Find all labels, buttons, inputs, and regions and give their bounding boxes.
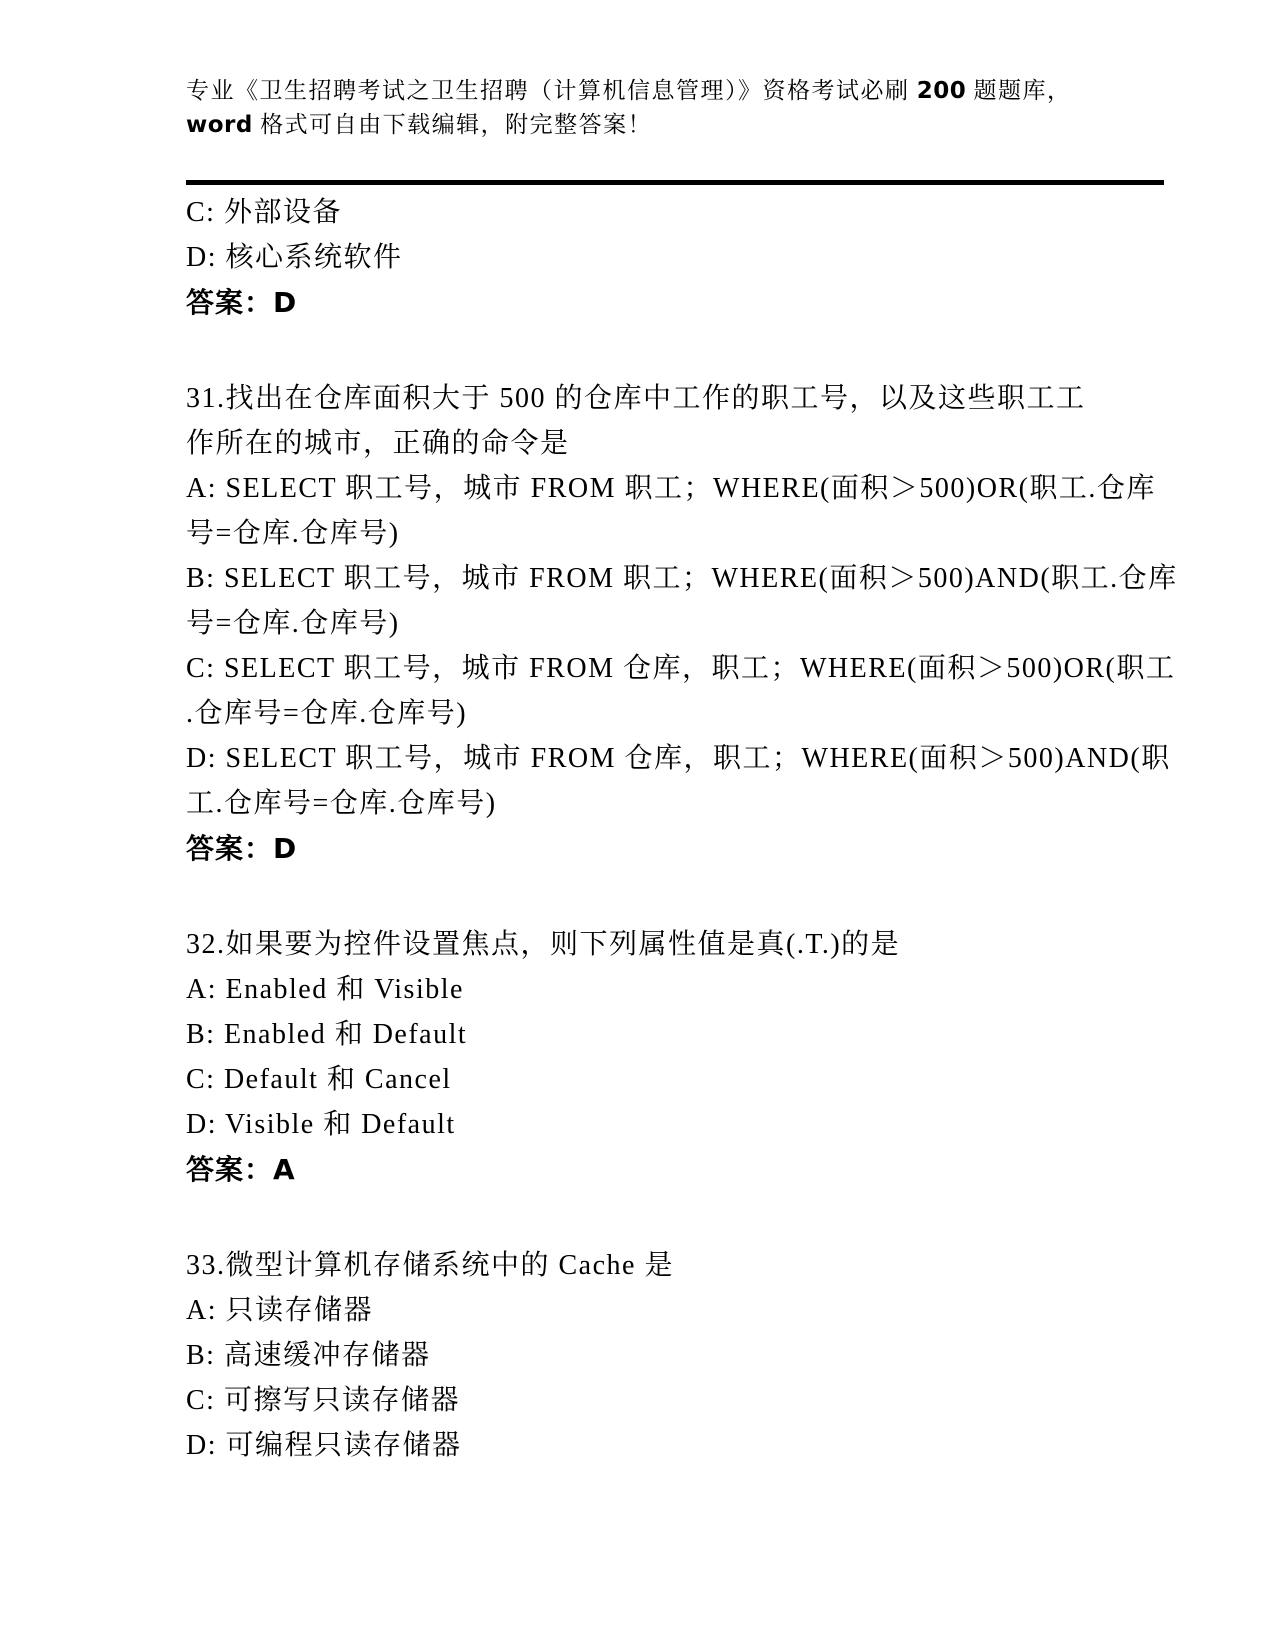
header-title-text: 格式可自由下载编辑，附完整答案！ — [253, 112, 652, 137]
header-word-format-label: word — [186, 112, 253, 138]
document-page: 专业《卫生招聘考试之卫生招聘（计算机信息管理）》资格考试必刷 200 题题库， … — [0, 0, 1275, 1650]
answer-value: D — [273, 832, 297, 865]
answer-value: D — [273, 286, 297, 319]
option-line: B: 高速缓冲存储器 — [186, 1333, 1090, 1378]
question-title-line: 作所在的城市，正确的命令是 — [186, 421, 1090, 466]
header-title-text: 题题库， — [966, 78, 1071, 103]
answer-line: 答案：A — [186, 1147, 1090, 1192]
question-title-line: 33.微型计算机存储系统中的 Cache 是 — [186, 1243, 1090, 1288]
option-line: A: 只读存储器 — [186, 1288, 1090, 1333]
question-30-tail: C: 外部设备 D: 核心系统软件 答案：D — [186, 190, 1090, 325]
question-title-line: 32.如果要为控件设置焦点，则下列属性值是真(.T.)的是 — [186, 922, 1090, 967]
option-line: C: SELECT 职工号，城市 FROM 仓库，职工；WHERE(面积＞500… — [186, 646, 1090, 691]
option-line: 号=仓库.仓库号) — [186, 601, 1090, 646]
document-content: C: 外部设备 D: 核心系统软件 答案：D 31.找出在仓库面积大于 500 … — [186, 190, 1090, 1468]
option-line: B: SELECT 职工号，城市 FROM 职工；WHERE(面积＞500)AN… — [186, 556, 1090, 601]
option-line: 号=仓库.仓库号) — [186, 511, 1090, 556]
question-title-line: 31.找出在仓库面积大于 500 的仓库中工作的职工号，以及这些职工工 — [186, 376, 1090, 421]
header-rule — [186, 180, 1164, 185]
option-line: D: SELECT 职工号，城市 FROM 仓库，职工；WHERE(面积＞500… — [186, 736, 1090, 781]
header-title-text: 专业《卫生招聘考试之卫生招聘（计算机信息管理）》资格考试必刷 — [186, 78, 917, 103]
header-title-number: 200 — [917, 78, 967, 104]
option-line: A: SELECT 职工号，城市 FROM 职工；WHERE(面积＞500)OR… — [186, 466, 1090, 511]
option-line: D: 核心系统软件 — [186, 235, 1090, 280]
option-line: B: Enabled 和 Default — [186, 1012, 1090, 1057]
option-line: D: 可编程只读存储器 — [186, 1423, 1090, 1468]
answer-line: 答案：D — [186, 826, 1090, 871]
question-31: 31.找出在仓库面积大于 500 的仓库中工作的职工号，以及这些职工工 作所在的… — [186, 376, 1090, 871]
option-line: C: Default 和 Cancel — [186, 1057, 1090, 1102]
page-header: 专业《卫生招聘考试之卫生招聘（计算机信息管理）》资格考试必刷 200 题题库， … — [186, 74, 1275, 185]
header-title-line-2: word 格式可自由下载编辑，附完整答案！ — [186, 108, 1090, 142]
answer-line: 答案：D — [186, 280, 1090, 325]
option-line: C: 可擦写只读存储器 — [186, 1378, 1090, 1423]
answer-label: 答案： — [186, 832, 273, 865]
option-line: 工.仓库号=仓库.仓库号) — [186, 781, 1090, 826]
answer-label: 答案： — [186, 286, 273, 319]
question-33: 33.微型计算机存储系统中的 Cache 是 A: 只读存储器 B: 高速缓冲存… — [186, 1243, 1090, 1468]
answer-label: 答案： — [186, 1153, 273, 1186]
option-line: A: Enabled 和 Visible — [186, 967, 1090, 1012]
header-title-line-1: 专业《卫生招聘考试之卫生招聘（计算机信息管理）》资格考试必刷 200 题题库， — [186, 74, 1090, 108]
option-line: C: 外部设备 — [186, 190, 1090, 235]
answer-value: A — [273, 1153, 296, 1186]
option-line: .仓库号=仓库.仓库号) — [186, 691, 1090, 736]
option-line: D: Visible 和 Default — [186, 1102, 1090, 1147]
question-32: 32.如果要为控件设置焦点，则下列属性值是真(.T.)的是 A: Enabled… — [186, 922, 1090, 1192]
